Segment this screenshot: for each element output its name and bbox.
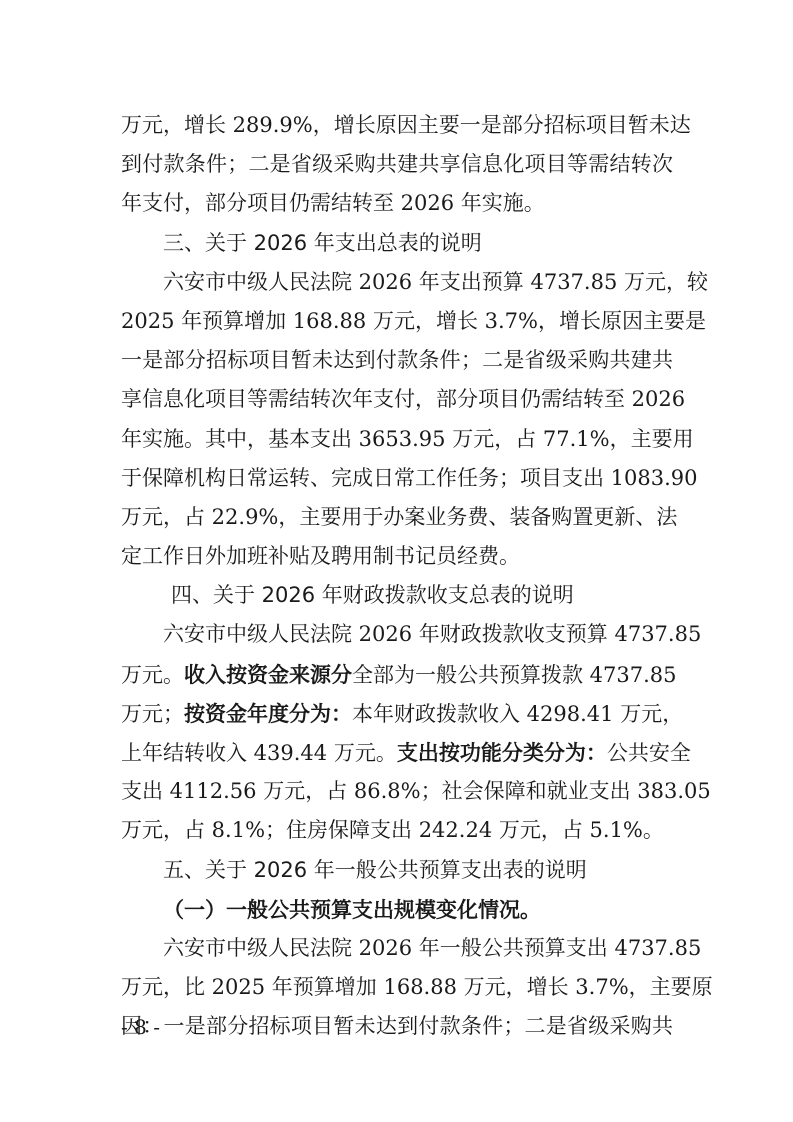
- paragraph-continuation: 万元，增长 289.9%，增长原因主要一是部分招标项目暂未达 到付款条件；二是省…: [121, 106, 673, 224]
- text-run: 万元；: [121, 702, 184, 726]
- text-line: 定工作日外加班补贴及聘用制书记员经费。: [121, 537, 673, 576]
- bold-label-function-class: 支出按功能分类分为：: [397, 740, 607, 765]
- document-page: 万元，增长 289.9%，增长原因主要一是部分招标项目暂未达 到付款条件；二是省…: [121, 106, 673, 1047]
- subsection-heading-1: （一）一般公共预算支出规模变化情况。: [121, 890, 673, 929]
- section-heading-4: 四、关于 2026 年财政拨款收支总表的说明: [121, 576, 673, 615]
- text-run: 本年财政拨款收入 4298.41 万元，: [352, 702, 683, 726]
- text-line: 万元；按资金年度分为：本年财政拨款收入 4298.41 万元，: [121, 694, 673, 733]
- text-line: 万元，占 22.9%，主要用于办案业务费、装备购置更新、法: [121, 498, 673, 537]
- text-line: 于保障机构日常运转、完成日常工作任务；项目支出 1083.90: [121, 459, 673, 498]
- text-line: 到付款条件；二是省级采购共建共享信息化项目等需结转次: [121, 145, 673, 184]
- text-line: 万元。收入按资金来源分全部为一般公共预算拨款 4737.85: [121, 655, 673, 694]
- text-line: 2025 年预算增加 168.88 万元，增长 3.7%，增长原因主要是: [121, 302, 673, 341]
- text-line: 六安市中级人民法院 2026 年一般公共预算支出 4737.85: [121, 929, 673, 968]
- text-line: 一是部分招标项目暂未达到付款条件；二是省级采购共建共: [121, 341, 673, 380]
- text-line: 六安市中级人民法院 2026 年财政拨款收支预算 4737.85: [121, 615, 673, 654]
- paragraph-expenditure-summary: 六安市中级人民法院 2026 年支出预算 4737.85 万元，较 2025 年…: [121, 263, 673, 577]
- text-run: 全部为一般公共预算拨款 4737.85: [352, 663, 677, 687]
- text-line: 万元，比 2025 年预算增加 168.88 万元，增长 3.7%，主要原: [121, 968, 673, 1007]
- paragraph-general-budget: 六安市中级人民法院 2026 年一般公共预算支出 4737.85 万元，比 20…: [121, 929, 673, 1047]
- bold-label-income-source: 收入按资金来源分: [184, 662, 352, 687]
- section-heading-5: 五、关于 2026 年一般公共预算支出表的说明: [121, 851, 673, 890]
- text-run: 公共安全: [607, 741, 691, 765]
- text-line: 六安市中级人民法院 2026 年支出预算 4737.85 万元，较: [121, 263, 673, 302]
- text-line: 年支付，部分项目仍需结转至 2026 年实施。: [121, 184, 673, 223]
- text-line: 支出 4112.56 万元，占 86.8%；社会保障和就业支出 383.05: [121, 772, 673, 811]
- text-run: 万元。: [121, 663, 184, 687]
- text-line: 上年结转收入 439.44 万元。支出按功能分类分为：公共安全: [121, 733, 673, 772]
- text-line: 万元，增长 289.9%，增长原因主要一是部分招标项目暂未达: [121, 106, 673, 145]
- text-line: 年实施。其中，基本支出 3653.95 万元，占 77.1%，主要用: [121, 420, 673, 459]
- text-line: 享信息化项目等需结转次年支付，部分项目仍需结转至 2026: [121, 380, 673, 419]
- paragraph-fiscal-allocation: 六安市中级人民法院 2026 年财政拨款收支预算 4737.85 万元。收入按资…: [121, 615, 673, 850]
- text-line: 因：一是部分招标项目暂未达到付款条件；二是省级采购共: [121, 1007, 673, 1046]
- bold-label-fund-year: 按资金年度分为：: [184, 701, 352, 726]
- page-number: - 8 -: [121, 1015, 160, 1039]
- text-run: 上年结转收入 439.44 万元。: [121, 741, 397, 765]
- section-heading-3: 三、关于 2026 年支出总表的说明: [121, 224, 673, 263]
- text-line: 万元，占 8.1%；住房保障支出 242.24 万元，占 5.1%。: [121, 811, 673, 850]
